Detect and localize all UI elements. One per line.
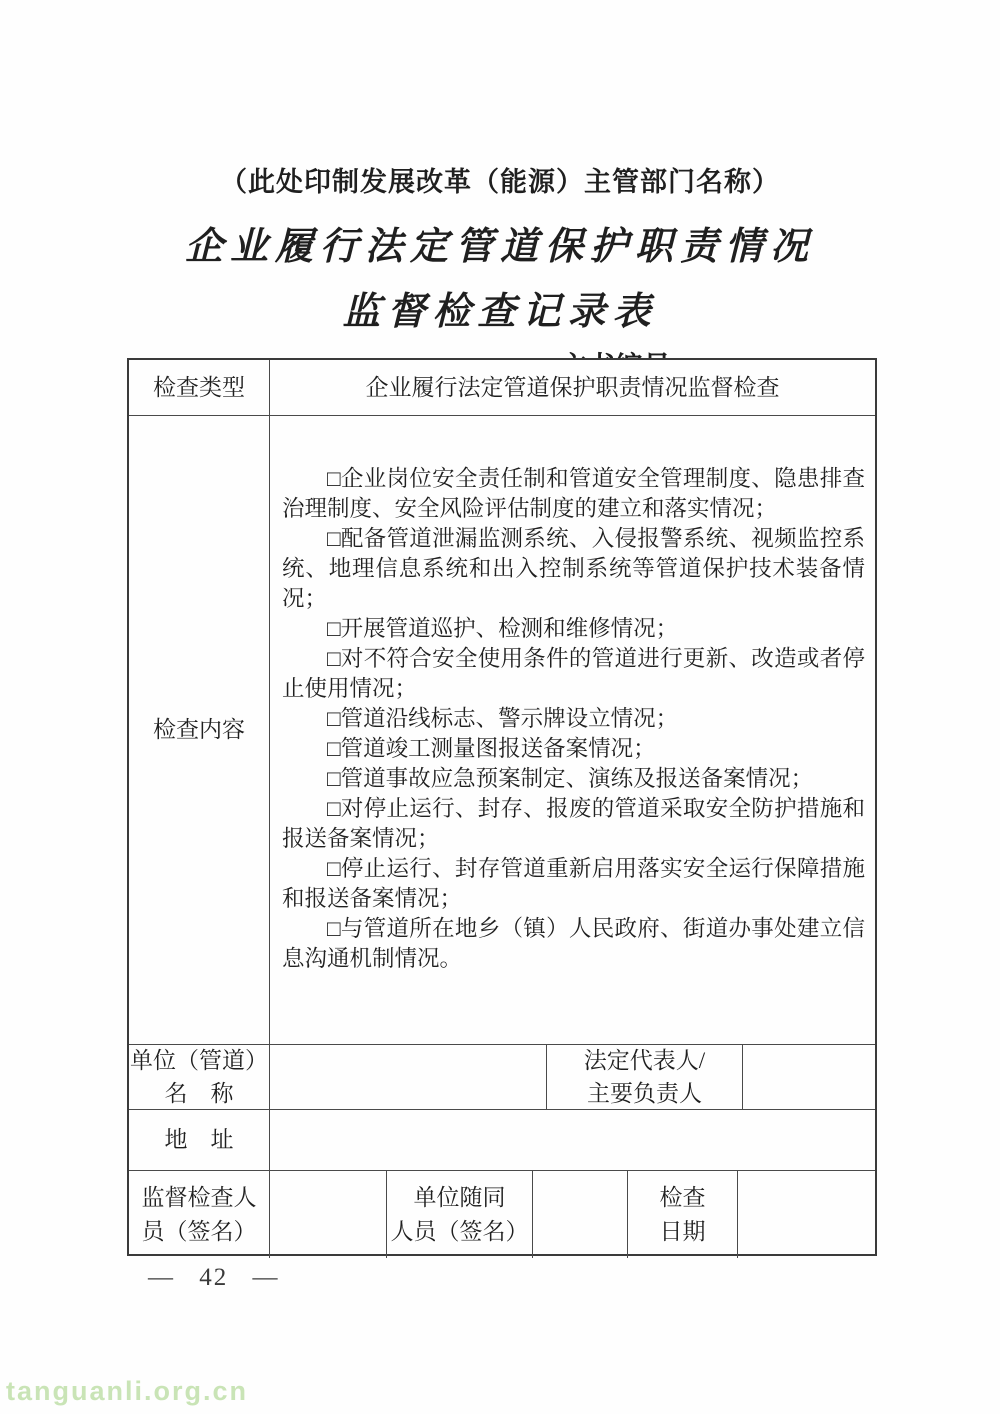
check-content-item: □企业岗位安全责任制和管道安全管理制度、隐患排查治理制度、安全风险评估制度的建立…: [282, 464, 865, 524]
check-content-item: □管道事故应急预案制定、演练及报送备案情况；: [282, 764, 865, 794]
unit-name-label: 单位（管道） 名 称: [129, 1045, 269, 1109]
check-content-item: □与管道所在地乡（镇）人民政府、街道办事处建立信息沟通机制情况。: [282, 914, 865, 974]
check-content-label: 检查内容: [129, 416, 269, 1044]
check-type-value: 企业履行法定管道保护职责情况监督检查: [269, 360, 875, 415]
inspector-label: 监督检查人 员（签名）: [129, 1171, 269, 1258]
address-label: 地 址: [129, 1110, 269, 1170]
document-title-line2: 监督检查记录表: [0, 280, 1000, 335]
signature-row: 监督检查人 员（签名） 单位随同 人员（签名） 检查 日期: [129, 1170, 875, 1258]
accompany-label: 单位随同 人员（签名）: [386, 1171, 532, 1258]
inspection-form-table: 检查类型 企业履行法定管道保护职责情况监督检查 检查内容 □企业岗位安全责任制和…: [127, 358, 877, 1256]
document-title-line1: 企业履行法定管道保护职责情况: [0, 215, 1000, 270]
check-content-item: □对不符合安全使用条件的管道进行更新、改造或者停止使用情况；: [282, 644, 865, 704]
document-page: （此处印制发展改革（能源）主管部门名称） 企业履行法定管道保护职责情况 监督检查…: [0, 0, 1000, 1414]
check-content-item: □管道竣工测量图报送备案情况；: [282, 734, 865, 764]
check-type-row: 检查类型 企业履行法定管道保护职责情况监督检查: [129, 360, 875, 415]
unit-name-row: 单位（管道） 名 称 法定代表人/ 主要负责人: [129, 1044, 875, 1109]
address-value: [269, 1110, 875, 1170]
accompany-signature-value: [532, 1171, 627, 1258]
check-content-row: 检查内容 □企业岗位安全责任制和管道安全管理制度、隐患排查治理制度、安全风险评估…: [129, 415, 875, 1044]
check-content-item: □对停止运行、封存、报废的管道采取安全防护措施和报送备案情况；: [282, 794, 865, 854]
unit-name-value: [269, 1045, 546, 1109]
check-content-item: □开展管道巡护、检测和维修情况；: [282, 614, 865, 644]
inspector-signature-value: [269, 1171, 386, 1258]
page-number: — 42 —: [148, 1264, 280, 1292]
legal-rep-label: 法定代表人/ 主要负责人: [546, 1045, 742, 1109]
watermark: tanguanli.org.cn: [6, 1376, 248, 1407]
check-date-label: 检查 日期: [627, 1171, 737, 1258]
check-date-value: [737, 1171, 875, 1258]
check-type-label: 检查类型: [129, 360, 269, 415]
legal-rep-value: [742, 1045, 875, 1109]
check-content-item: □管道沿线标志、警示牌设立情况；: [282, 704, 865, 734]
address-row: 地 址: [129, 1109, 875, 1170]
check-content-item: □停止运行、封存管道重新启用落实安全运行保障措施和报送备案情况；: [282, 854, 865, 914]
issuing-department-line: （此处印制发展改革（能源）主管部门名称）: [0, 0, 1000, 199]
check-content-item: □配备管道泄漏监测系统、入侵报警系统、视频监控系统、地理信息系统和出入控制系统等…: [282, 524, 865, 614]
check-content-items: □企业岗位安全责任制和管道安全管理制度、隐患排查治理制度、安全风险评估制度的建立…: [269, 416, 875, 1044]
